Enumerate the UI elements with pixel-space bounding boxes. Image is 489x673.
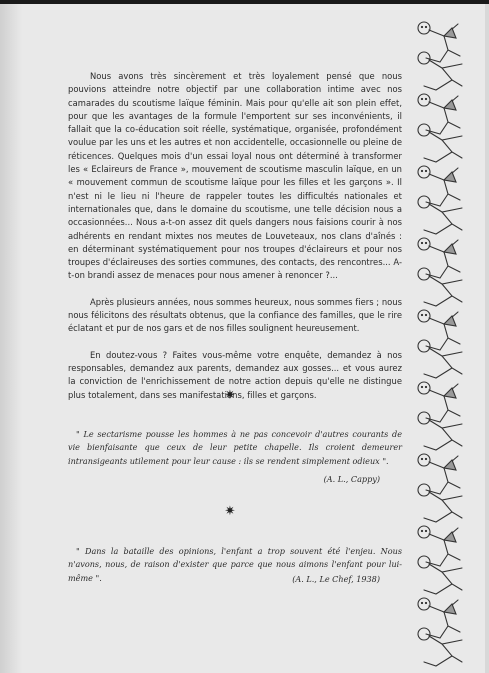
separator-star-icon: ✷ xyxy=(0,388,460,403)
body-text: Nous avons très sincèrement et très loya… xyxy=(68,70,402,415)
quote-attribution: (A. L., Cappy) xyxy=(68,474,402,484)
quote-text: " Le sectarisme pousse les hommes à ne p… xyxy=(68,428,402,468)
quote-block: " Le sectarisme pousse les hommes à ne p… xyxy=(68,428,402,468)
dancing-figures-border-icon xyxy=(412,6,484,673)
paragraph: Après plusieurs années, nous sommes heur… xyxy=(68,296,402,336)
quote-attribution: (A. L., Le Chef, 1938) xyxy=(68,574,402,584)
separator-star-icon: ✷ xyxy=(0,504,460,519)
paragraph: Nous avons très sincèrement et très loya… xyxy=(68,70,402,283)
